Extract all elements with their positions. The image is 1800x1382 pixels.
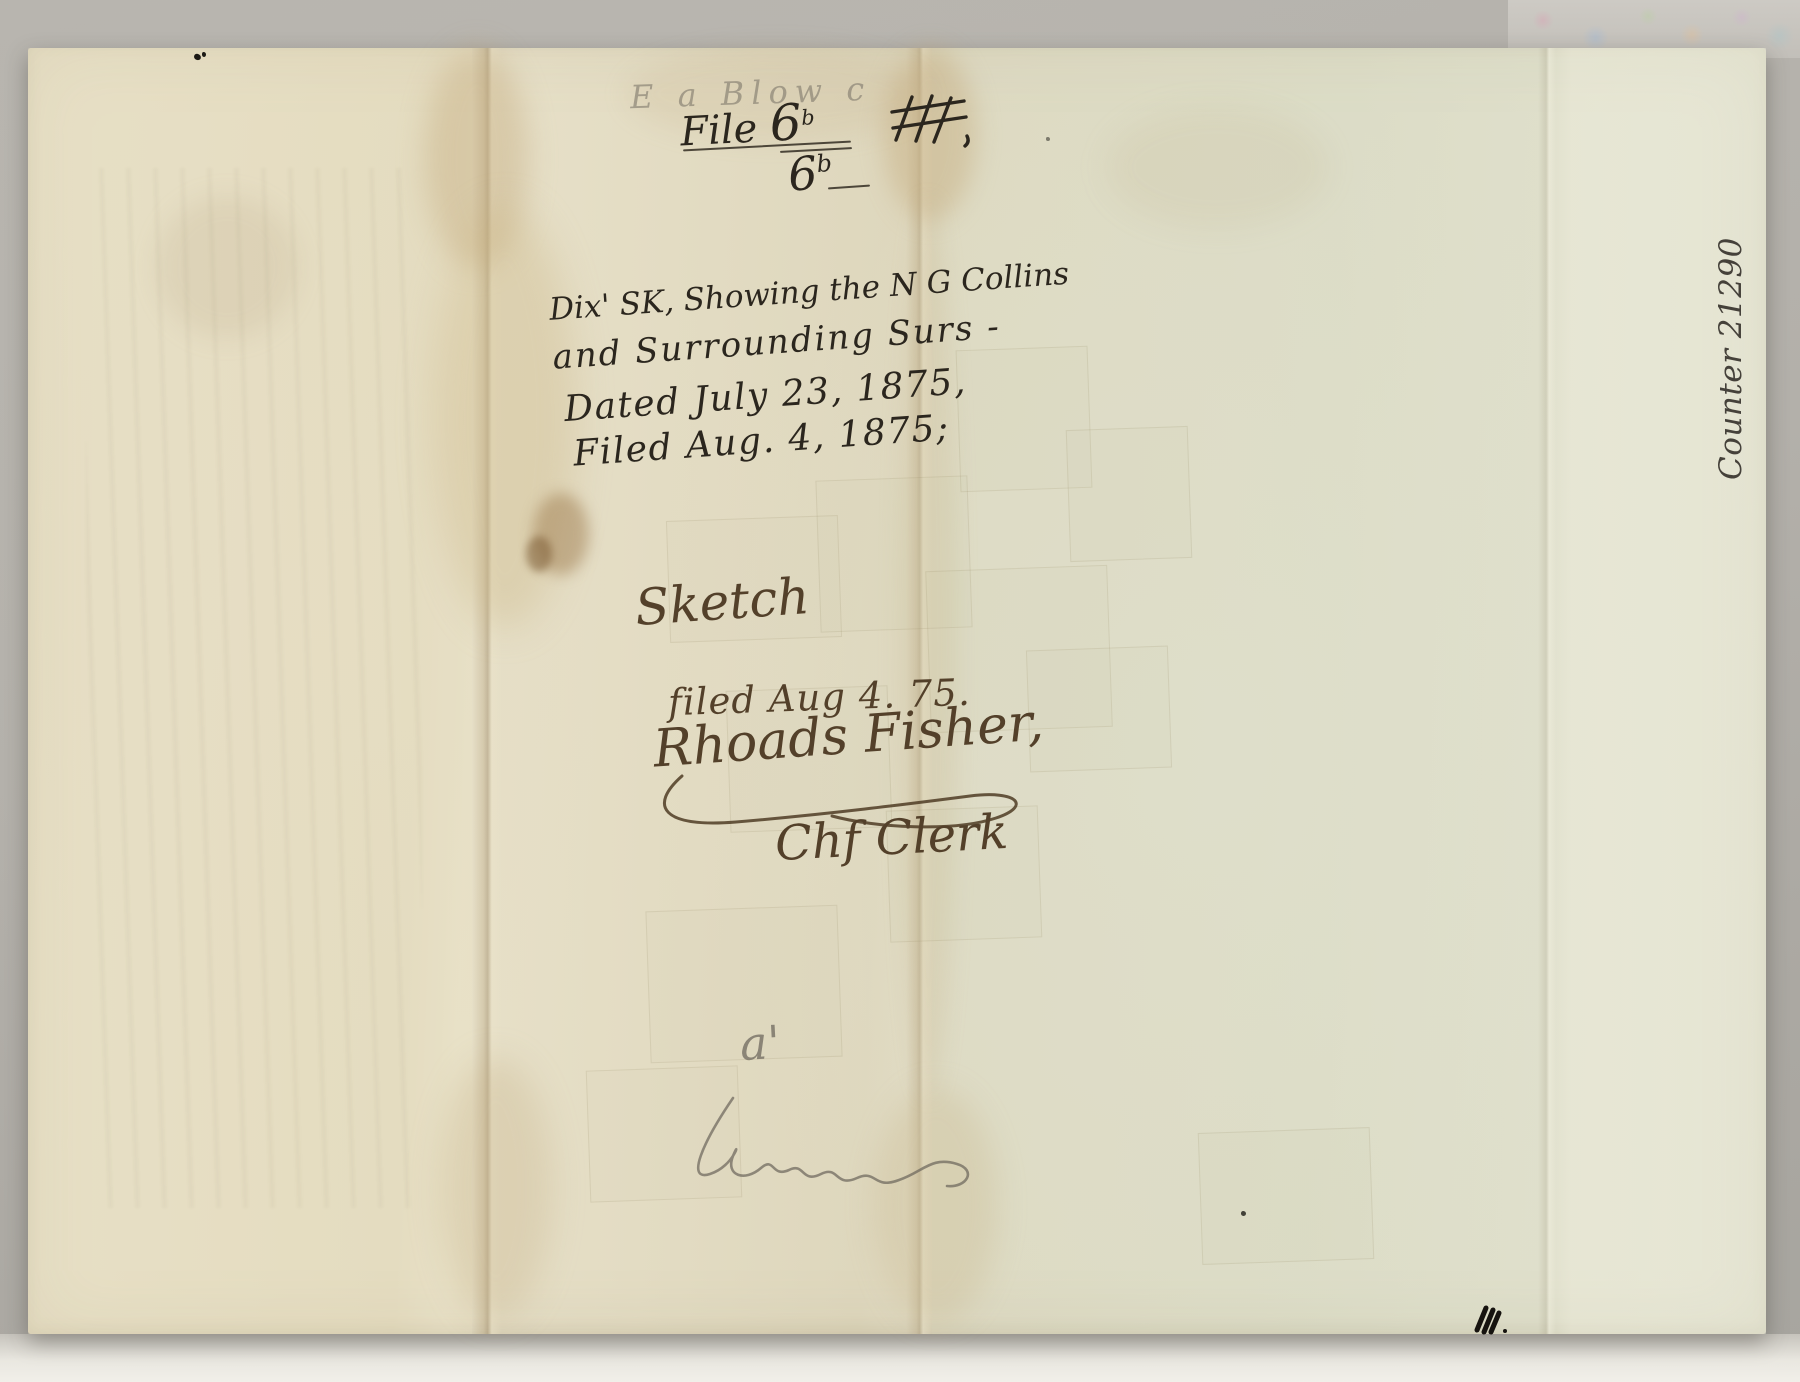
- bleedthrough-rectangle: [1066, 426, 1193, 562]
- stain: [533, 493, 589, 575]
- stain: [426, 48, 528, 268]
- counter-number-note: Counter 21290: [1713, 270, 1753, 480]
- repeat-superscript: b: [815, 149, 833, 178]
- fold-crease-left: [472, 48, 502, 1334]
- ink-speck: [202, 52, 206, 57]
- pencil-shelf-mark: a': [739, 1015, 782, 1071]
- title-block: Dix' SK, Showing the N G Collins and Sur…: [548, 256, 1081, 476]
- file-superscript: b: [801, 105, 816, 130]
- file-number-repeat: 6b: [786, 144, 835, 202]
- left-fold-panel: [28, 48, 472, 1334]
- ink-speck: [1046, 137, 1050, 141]
- folded-document-cover: E a Blow c File 6b 6b Dix' SK, Showing t…: [28, 48, 1766, 1334]
- clerk-title: Chf Clerk: [774, 804, 1010, 872]
- bleedthrough-texture: [86, 168, 422, 1208]
- underline: [828, 185, 870, 190]
- pencil-scrawl: [655, 1090, 985, 1210]
- bleedthrough-rectangle: [815, 475, 972, 632]
- ink-speck: [1241, 1211, 1246, 1216]
- sketch-label: Sketch: [633, 567, 811, 637]
- struck-out-mark: [890, 96, 972, 148]
- stain: [440, 1058, 552, 1320]
- fold-crease-flap: [1538, 48, 1556, 1334]
- stain: [526, 536, 552, 572]
- bleedthrough-rectangle: [1198, 1127, 1375, 1265]
- stain: [1106, 106, 1328, 228]
- right-fold-panel: [932, 48, 1766, 1334]
- scanner-bed-strip: [0, 1334, 1800, 1382]
- ink-speck: [193, 53, 202, 61]
- bleedthrough-rectangle: [1026, 646, 1172, 773]
- ink-blot: [1470, 1304, 1510, 1338]
- stain: [434, 208, 576, 628]
- stain: [156, 196, 298, 338]
- scanned-document-scene: E a Blow c File 6b 6b Dix' SK, Showing t…: [0, 0, 1800, 1382]
